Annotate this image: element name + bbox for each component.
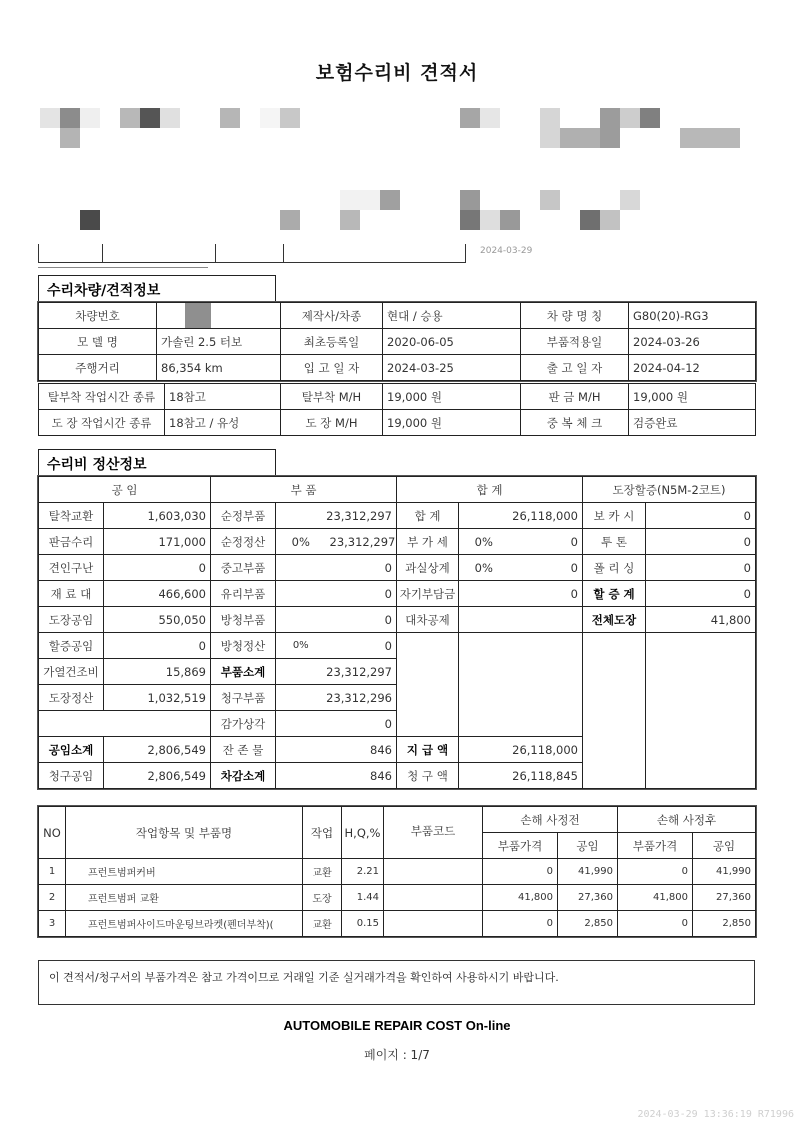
item-hq: 1.44: [342, 885, 384, 911]
labor-label: 청구공임: [39, 763, 104, 789]
field-value: 19,000 원: [383, 384, 521, 410]
table-row: 3 프런트범퍼사이드마운팅브라켓(펜더부착)( 교환 0.15 0 2,850 …: [39, 911, 756, 937]
field-label: 도 장 작업시간 종류: [39, 410, 165, 436]
empty-cell: [39, 711, 211, 737]
table-row: 견인구난 0 중고부품 0 과실상계 0% 0 폴 리 싱 0: [39, 555, 756, 581]
field-label: 부품적용일: [521, 329, 629, 355]
empty-cell: [459, 633, 583, 737]
total-value: 0: [509, 529, 583, 555]
after-labor: 41,990: [693, 859, 756, 885]
field-label: 중 복 체 크: [521, 410, 629, 436]
item-name: 프런트범퍼사이드마운팅브라켓(펜더부착)(: [66, 911, 303, 937]
field-label: 주행거리: [39, 355, 157, 381]
table-row: 탈착교환 1,603,030 순정부품 23,312,297 합 계 26,11…: [39, 503, 756, 529]
vehicle-info-table: 차량번호 제작사/차종 현대 / 승용 차 량 명 칭 G80(20)-RG3 …: [38, 302, 756, 381]
claim-amount-value: 26,118,845: [459, 763, 583, 789]
parts-value: 0: [276, 711, 397, 737]
item-part-code: [384, 911, 483, 937]
table-row: 판금수리 171,000 순정정산 0% 23,312,297 부 가 세 0%…: [39, 529, 756, 555]
items-header-row: NO 작업항목 및 부품명 작업 H,Q,% 부품코드 손해 사정전 손해 사정…: [39, 807, 756, 833]
page-number: 페이지 : 1/7: [0, 1046, 794, 1063]
item-name: 프런트범퍼 교환: [66, 885, 303, 911]
total-value: 26,118,000: [459, 503, 583, 529]
parts-label: 방청부품: [211, 607, 276, 633]
item-name: 프런트범퍼커버: [66, 859, 303, 885]
total-label: 과실상계: [397, 555, 459, 581]
parts-value: 0: [276, 555, 397, 581]
field-label: 출 고 일 자: [521, 355, 629, 381]
field-value: G80(20)-RG3: [629, 303, 756, 329]
parts-label: 중고부품: [211, 555, 276, 581]
paint-label: 할 증 계: [583, 581, 646, 607]
parts-header: 부 품: [211, 477, 397, 503]
parts-value: 846: [276, 737, 397, 763]
empty-cell: [646, 633, 756, 789]
parts-percent: 0%: [276, 529, 326, 555]
item-no: 2: [39, 885, 66, 911]
total-percent: 0%: [459, 529, 509, 555]
field-value: 18참고: [165, 384, 281, 410]
after-labor: 2,850: [693, 911, 756, 937]
total-label: 자기부담금: [397, 581, 459, 607]
after-part-price: 0: [618, 911, 693, 937]
field-label: 제작사/차종: [281, 303, 383, 329]
settlement-table: 공 임 부 품 합 계 도장할증(N5M-2코트) 탈착교환 1,603,030…: [38, 476, 756, 789]
paint-value: 0: [646, 503, 756, 529]
labor-header: 공 임: [39, 477, 211, 503]
table-row: 탈부착 작업시간 종류 18참고 탈부착 M/H 19,000 원 판 금 M/…: [39, 384, 756, 410]
labor-subtotal-label: 공임소계: [39, 737, 104, 763]
before-part-price: 0: [483, 859, 558, 885]
footer-title: AUTOMOBILE REPAIR COST On-line: [0, 1018, 794, 1033]
before-labor: 41,990: [558, 859, 618, 885]
labor-value: 0: [104, 633, 211, 659]
parts-value: 23,312,297: [276, 503, 397, 529]
paint-value: 0: [646, 529, 756, 555]
table-row: 모 델 명 가솔린 2.5 터보 최초등록일 2020-06-05 부품적용일 …: [39, 329, 756, 355]
before-part-price: 41,800: [483, 885, 558, 911]
before-labor: 2,850: [558, 911, 618, 937]
field-label: 최초등록일: [281, 329, 383, 355]
table-row: 2 프런트범퍼 교환 도장 1.44 41,800 27,360 41,800 …: [39, 885, 756, 911]
empty-cell: [397, 633, 459, 737]
after-part-price-header: 부품가격: [618, 833, 693, 859]
after-labor: 27,360: [693, 885, 756, 911]
plate-number-value: [157, 303, 281, 329]
table-row: 주행거리 86,354 km 입 고 일 자 2024-03-25 출 고 일 …: [39, 355, 756, 381]
labor-label: 판금수리: [39, 529, 104, 555]
labor-label: 견인구난: [39, 555, 104, 581]
table-row: 차량번호 제작사/차종 현대 / 승용 차 량 명 칭 G80(20)-RG3: [39, 303, 756, 329]
total-header: 합 계: [397, 477, 583, 503]
parts-value: 23,312,296: [276, 685, 397, 711]
field-label: 차량번호: [39, 303, 157, 329]
part-code-header: 부품코드: [384, 807, 483, 859]
field-value: 가솔린 2.5 터보: [157, 329, 281, 355]
field-value: 86,354 km: [157, 355, 281, 381]
total-label: 합 계: [397, 503, 459, 529]
vehicle-section-title: 수리차량/견적정보: [38, 275, 276, 302]
field-value: 19,000 원: [629, 384, 756, 410]
labor-value: 0: [104, 555, 211, 581]
table-row: 도 장 작업시간 종류 18참고 / 유성 도 장 M/H 19,000 원 중…: [39, 410, 756, 436]
after-part-price: 41,800: [618, 885, 693, 911]
table-row: 할증공임 0 방청정산 0% 0: [39, 633, 756, 659]
after-adjustment-header: 손해 사정후: [618, 807, 756, 833]
parts-label: 감가상각: [211, 711, 276, 737]
paint-label: 투 톤: [583, 529, 646, 555]
item-no: 1: [39, 859, 66, 885]
work-header: 작업: [303, 807, 342, 859]
parts-value: 0: [276, 607, 397, 633]
claim-amount-label: 청 구 액: [397, 763, 459, 789]
field-value: 검증완료: [629, 410, 756, 436]
labor-value: 1,603,030: [104, 503, 211, 529]
before-part-price-header: 부품가격: [483, 833, 558, 859]
parts-label: 순정정산: [211, 529, 276, 555]
field-label: 탈부착 M/H: [281, 384, 383, 410]
labor-label: 가열건조비: [39, 659, 104, 685]
parts-value: 0: [276, 581, 397, 607]
price-notice: 이 견적서/청구서의 부품가격은 참고 가격이므로 거래일 기준 실거래가격을 …: [38, 960, 755, 1005]
table-row: 1 프런트범퍼커버 교환 2.21 0 41,990 0 41,990: [39, 859, 756, 885]
labor-label: 할증공임: [39, 633, 104, 659]
item-hq: 2.21: [342, 859, 384, 885]
labor-value: 1,032,519: [104, 685, 211, 711]
field-value: 2024-03-25: [383, 355, 521, 381]
partial-date: 2024-03-29: [480, 246, 532, 256]
parts-label: 유리부품: [211, 581, 276, 607]
after-labor-header: 공임: [693, 833, 756, 859]
total-value: 0: [459, 581, 583, 607]
total-value: [459, 607, 583, 633]
parts-label: 잔 존 물: [211, 737, 276, 763]
item-work: 교환: [303, 911, 342, 937]
field-value: 2024-04-12: [629, 355, 756, 381]
field-value: 2024-03-26: [629, 329, 756, 355]
parts-label: 청구부품: [211, 685, 276, 711]
empty-cell: [583, 633, 646, 789]
payment-amount-label: 지 급 액: [397, 737, 459, 763]
item-work: 도장: [303, 885, 342, 911]
document-title: 보험수리비 견적서: [0, 58, 794, 85]
before-part-price: 0: [483, 911, 558, 937]
paint-label: 보 카 시: [583, 503, 646, 529]
total-value: 0: [509, 555, 583, 581]
paint-value: 0: [646, 581, 756, 607]
paint-surcharge-header: 도장할증(N5M-2코트): [583, 477, 756, 503]
field-value: 18참고 / 유성: [165, 410, 281, 436]
field-label: 입 고 일 자: [281, 355, 383, 381]
settlement-section-title: 수리비 정산정보: [38, 449, 276, 476]
parts-label: 방청정산: [211, 633, 276, 659]
field-label: 도 장 M/H: [281, 410, 383, 436]
redacted-plate: [185, 303, 211, 329]
item-work: 교환: [303, 859, 342, 885]
parts-subtotal-value: 23,312,297: [276, 659, 397, 685]
item-part-code: [384, 885, 483, 911]
item-no: 3: [39, 911, 66, 937]
total-label: 대차공제: [397, 607, 459, 633]
item-part-code: [384, 859, 483, 885]
labor-value: 550,050: [104, 607, 211, 633]
deduction-subtotal-label: 차감소계: [211, 763, 276, 789]
field-value: 19,000 원: [383, 410, 521, 436]
field-label: 모 델 명: [39, 329, 157, 355]
table-row: 재 료 대 466,600 유리부품 0 자기부담금 0 할 증 계 0: [39, 581, 756, 607]
parts-label: 순정부품: [211, 503, 276, 529]
print-timestamp: 2024-03-29 13:36:19 R71996: [637, 1109, 794, 1120]
item-hq: 0.15: [342, 911, 384, 937]
total-label: 부 가 세: [397, 529, 459, 555]
labor-label: 도장정산: [39, 685, 104, 711]
paint-value: 41,800: [646, 607, 756, 633]
hq-header: H,Q,%: [342, 807, 384, 859]
labor-label: 도장공임: [39, 607, 104, 633]
table-row: 도장공임 550,050 방청부품 0 대차공제 전체도장 41,800: [39, 607, 756, 633]
paint-value: 0: [646, 555, 756, 581]
after-part-price: 0: [618, 859, 693, 885]
item-name-header: 작업항목 및 부품명: [66, 807, 303, 859]
field-value: 현대 / 승용: [383, 303, 521, 329]
paint-label: 폴 리 싱: [583, 555, 646, 581]
parts-value: 0: [326, 633, 397, 659]
before-adjustment-header: 손해 사정전: [483, 807, 618, 833]
paint-label: 전체도장: [583, 607, 646, 633]
parts-value: 23,312,297: [326, 529, 397, 555]
labor-value: 466,600: [104, 581, 211, 607]
total-percent: 0%: [459, 555, 509, 581]
settlement-header-row: 공 임 부 품 합 계 도장할증(N5M-2코트): [39, 477, 756, 503]
field-value: 2020-06-05: [383, 329, 521, 355]
parts-subtotal-label: 부품소계: [211, 659, 276, 685]
labor-value: 2,806,549: [104, 763, 211, 789]
field-label: 차 량 명 칭: [521, 303, 629, 329]
no-header: NO: [39, 807, 66, 859]
before-labor-header: 공임: [558, 833, 618, 859]
labor-value: 15,869: [104, 659, 211, 685]
payment-amount-value: 26,118,000: [459, 737, 583, 763]
parts-percent: 0%: [276, 633, 326, 659]
labor-subtotal-value: 2,806,549: [104, 737, 211, 763]
field-label: 탈부착 작업시간 종류: [39, 384, 165, 410]
labor-label: 재 료 대: [39, 581, 104, 607]
field-label: 판 금 M/H: [521, 384, 629, 410]
deduction-subtotal-value: 846: [276, 763, 397, 789]
labor-label: 탈착교환: [39, 503, 104, 529]
before-labor: 27,360: [558, 885, 618, 911]
repair-items-table: NO 작업항목 및 부품명 작업 H,Q,% 부품코드 손해 사정전 손해 사정…: [38, 806, 756, 937]
labor-value: 171,000: [104, 529, 211, 555]
vehicle-worktime-table: 탈부착 작업시간 종류 18참고 탈부착 M/H 19,000 원 판 금 M/…: [38, 383, 756, 436]
